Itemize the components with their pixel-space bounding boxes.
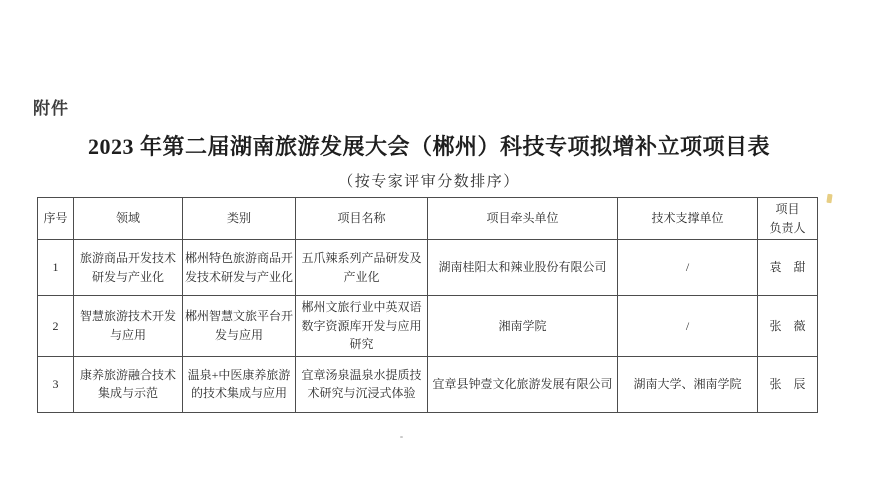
cell-project-name: 五爪辣系列产品研发及 产业化 (296, 240, 428, 296)
cell-category: 温泉+中医康养旅游 的技术集成与应用 (183, 356, 296, 412)
header-cell-serial: 序号 (38, 198, 74, 240)
cell-serial: 3 (38, 356, 74, 412)
cell-field: 康养旅游融合技术 集成与示范 (74, 356, 183, 412)
scan-artifact (826, 194, 832, 204)
cell-serial: 1 (38, 240, 74, 296)
cell-leader: 袁 甜 (758, 240, 818, 296)
table-header-row: 序号 领域 类别 项目名称 项目牵头单位 技术支撑单位 项目 负责人 (38, 198, 818, 240)
cell-serial: 2 (38, 296, 74, 357)
cell-support-unit: / (618, 240, 758, 296)
cell-leader: 张 辰 (758, 356, 818, 412)
cell-project-name: 郴州文旅行业中英双语 数字资源库开发与应用 研究 (296, 296, 428, 357)
cell-category: 郴州特色旅游商品开 发技术研发与产业化 (183, 240, 296, 296)
cell-field: 旅游商品开发技术 研发与产业化 (74, 240, 183, 296)
header-cell-lead-unit: 项目牵头单位 (428, 198, 618, 240)
table-row: 3 康养旅游融合技术 集成与示范 温泉+中医康养旅游 的技术集成与应用 宜章汤泉… (38, 356, 818, 412)
header-cell-project-name: 项目名称 (296, 198, 428, 240)
header-cell-field: 领域 (74, 198, 183, 240)
header-cell-category: 类别 (183, 198, 296, 240)
cell-field: 智慧旅游技术开发 与应用 (74, 296, 183, 357)
document-subtitle: （按专家评审分数排序） (0, 170, 858, 191)
table-row: 1 旅游商品开发技术 研发与产业化 郴州特色旅游商品开 发技术研发与产业化 五爪… (38, 240, 818, 296)
cell-lead-unit: 湖南桂阳太和辣业股份有限公司 (428, 240, 618, 296)
attachment-label: 附件 (33, 94, 69, 119)
document-page: 附件 2023 年第二届湖南旅游发展大会（郴州）科技专项拟增补立项项目表 （按专… (0, 0, 879, 485)
header-cell-leader: 项目 负责人 (758, 198, 818, 240)
document-title: 2023 年第二届湖南旅游发展大会（郴州）科技专项拟增补立项项目表 (0, 130, 858, 161)
table-row: 2 智慧旅游技术开发 与应用 郴州智慧文旅平台开 发与应用 郴州文旅行业中英双语… (38, 296, 818, 357)
cell-project-name: 宜章汤泉温泉水提质技 术研究与沉浸式体验 (296, 356, 428, 412)
projects-table: 序号 领域 类别 项目名称 项目牵头单位 技术支撑单位 项目 负责人 1 旅游商… (37, 197, 818, 413)
header-cell-support-unit: 技术支撑单位 (618, 198, 758, 240)
scan-speck (400, 436, 403, 438)
cell-leader: 张 薇 (758, 296, 818, 357)
cell-lead-unit: 宜章县钟壹文化旅游发展有限公司 (428, 356, 618, 412)
cell-support-unit: / (618, 296, 758, 357)
cell-support-unit: 湖南大学、湘南学院 (618, 356, 758, 412)
cell-lead-unit: 湘南学院 (428, 296, 618, 357)
cell-category: 郴州智慧文旅平台开 发与应用 (183, 296, 296, 357)
